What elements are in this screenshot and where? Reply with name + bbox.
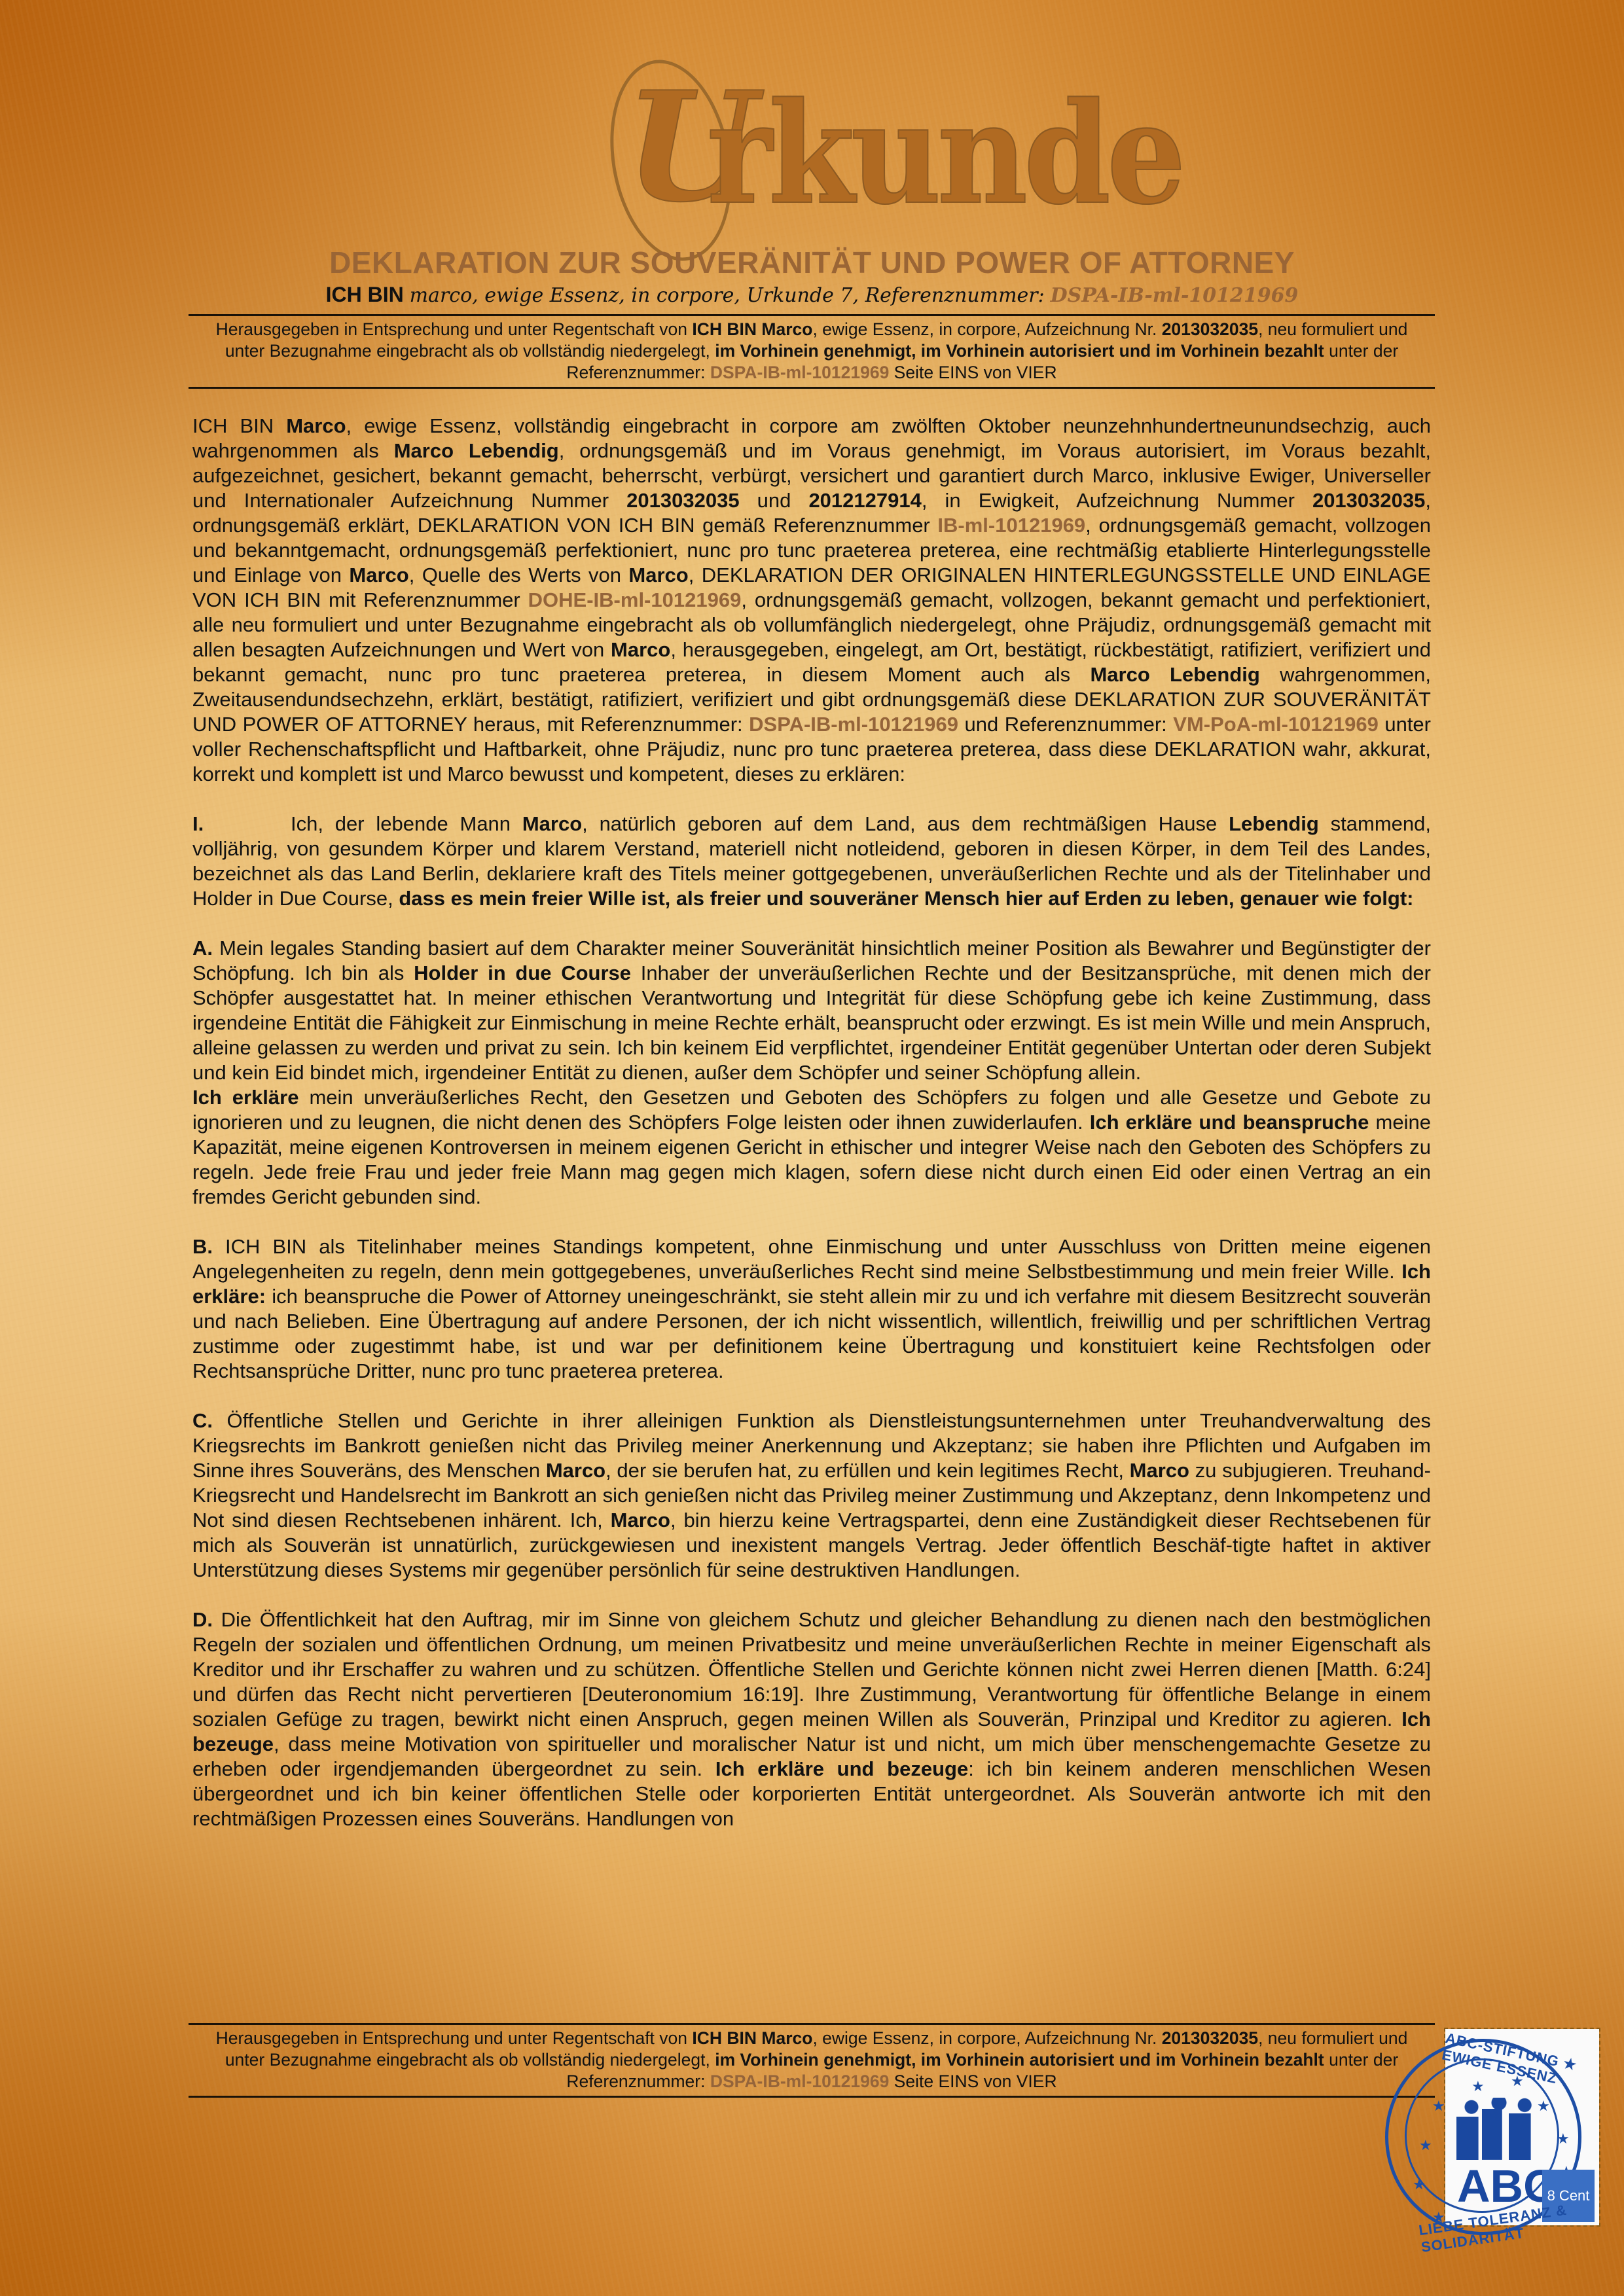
section-label: A. — [192, 937, 213, 960]
footer-rule-top — [189, 2023, 1435, 2025]
urkunde-logo: U rkunde — [576, 33, 1047, 249]
subtitle-script: marco, ewige Essenz, in corpore, Urkunde… — [410, 284, 1045, 307]
header-rule-bottom — [189, 387, 1435, 389]
issued-block-footer: Herausgegeben in Entsprechung und unter … — [196, 2028, 1427, 2092]
issued-record-number: 2013032035 — [1162, 319, 1258, 339]
logo-wordmark: rkunde — [707, 84, 1182, 224]
header-rule-top — [189, 314, 1435, 316]
star-icon: ★ — [1471, 2078, 1485, 2095]
section-a: A. Mein legales Standing basiert auf dem… — [192, 936, 1431, 1085]
issued-text: Herausgegeben in Entsprechung und unter … — [216, 319, 693, 339]
issued-reference: DSPA-IB-ml-10121969 — [710, 2072, 889, 2091]
subtitle-reference: DSPA-IB-ml-10121969 — [1051, 284, 1299, 307]
footer-rule-bottom — [189, 2096, 1435, 2098]
intro-paragraph: ICH BIN Marco, ewige Essenz, vollständig… — [192, 414, 1431, 787]
section-i: I.Ich, der lebende Mann Marco, natürlich… — [192, 812, 1431, 911]
issued-bold: ICH BIN Marco — [692, 319, 812, 339]
section-label: B. — [192, 1235, 213, 1258]
document-title: DEKLARATION ZUR SOUVERÄNITÄT UND POWER O… — [0, 245, 1624, 280]
page-indicator: Seite EINS von VIER — [889, 2072, 1056, 2091]
section-a-declaration: Ich erkläre mein unveräußerliches Recht,… — [192, 1085, 1431, 1210]
star-icon: ★ — [1432, 2098, 1445, 2115]
section-b: B. ICH BIN als Titelinhaber meines Stand… — [192, 1234, 1431, 1384]
document-body: ICH BIN Marco, ewige Essenz, vollständig… — [192, 414, 1431, 1856]
issued-text: Herausgegeben in Entsprechung und unter … — [216, 2028, 693, 2048]
people-silhouette-icon — [1453, 2098, 1545, 2160]
page-indicator: Seite EINS von VIER — [889, 363, 1056, 382]
issued-block-header: Herausgegeben in Entsprechung und unter … — [196, 319, 1427, 384]
postage-stamp-seal-icon: ★ ★ ★ ★ ★ ★ ★ ★ ★ ABC 8 Cent ABC-STIFTUN… — [1373, 2013, 1609, 2248]
section-d: D. Die Öffentlichkeit hat den Auftrag, m… — [192, 1607, 1431, 1831]
issued-text: , ewige Essenz, in corpore, Aufzeichnung… — [812, 319, 1161, 339]
issued-bold: im Vorhinein genehmigt, im Vorhinein aut… — [715, 341, 1324, 361]
section-c: C. Öffentliche Stellen und Gerichte in i… — [192, 1408, 1431, 1583]
star-icon: ★ — [1413, 2176, 1426, 2193]
issued-bold: ICH BIN Marco — [692, 2028, 812, 2048]
issued-text: , ewige Essenz, in corpore, Aufzeichnung… — [812, 2028, 1161, 2048]
issued-reference: DSPA-IB-ml-10121969 — [710, 363, 889, 382]
issued-record-number: 2013032035 — [1162, 2028, 1258, 2048]
star-icon: ★ — [1419, 2137, 1432, 2154]
section-label: D. — [192, 1608, 213, 1631]
issued-bold: im Vorhinein genehmigt, im Vorhinein aut… — [715, 2050, 1324, 2070]
section-number: I. — [192, 812, 291, 836]
document-subtitle: ICH BIN marco, ewige Essenz, in corpore,… — [0, 281, 1624, 309]
subtitle-lead: ICH BIN — [326, 283, 404, 306]
section-label: C. — [192, 1409, 213, 1432]
star-icon: ★ — [1557, 2130, 1570, 2147]
